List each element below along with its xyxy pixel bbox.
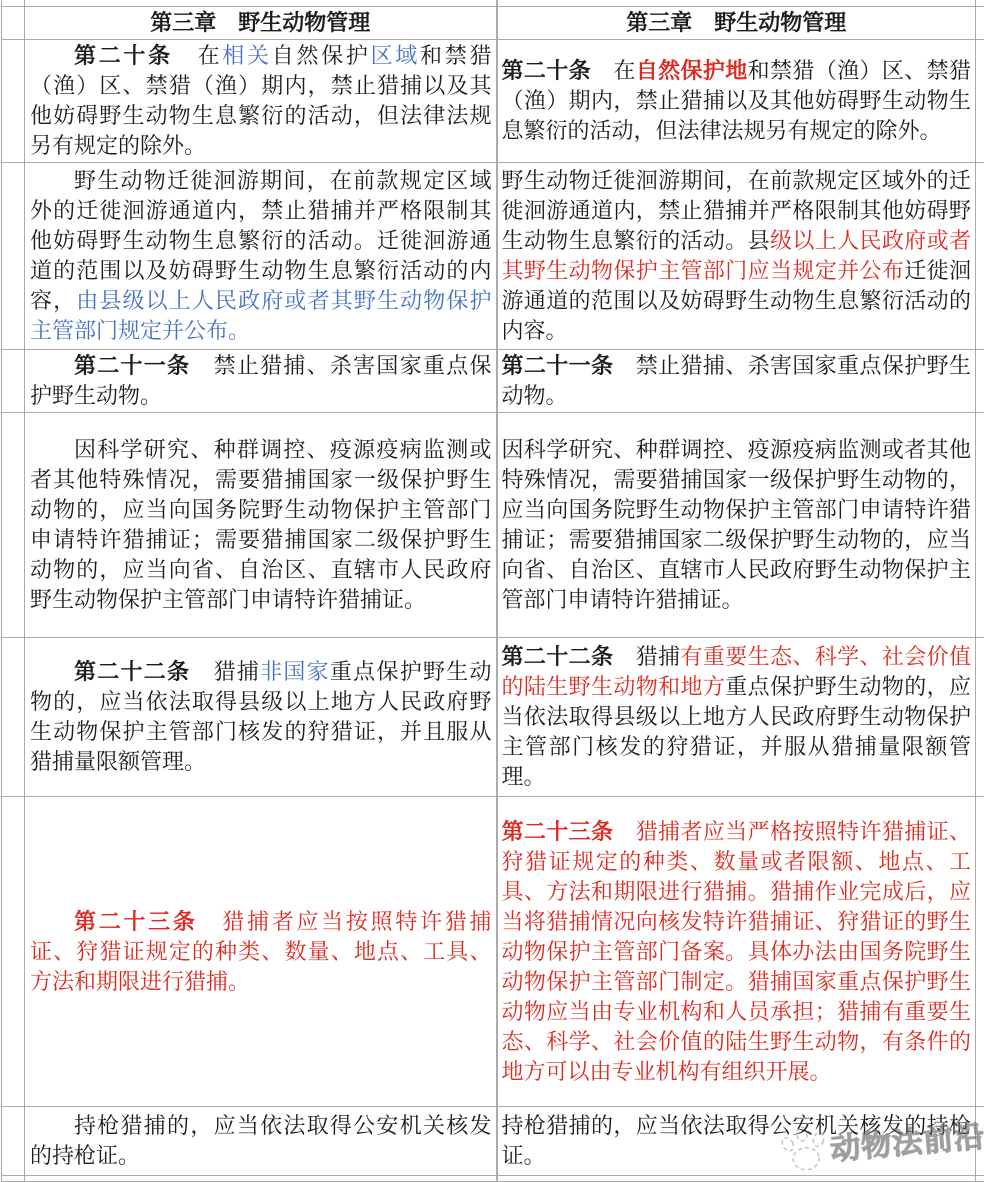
text-run: 因科学研究、种群调控、疫源疫病监测或者其他特殊情况，需要猎捕国家一级保护野生动物…	[502, 437, 972, 612]
old-text-cell	[25, 1176, 497, 1182]
old-text-cell: 第二十三条 猎捕者应当按照特许猎捕证、狩猎证规定的种类、数量、地点、工具、方法和…	[25, 797, 497, 1107]
text-run: 第二十一条	[74, 353, 190, 378]
text-run: 第二十三条	[502, 819, 614, 844]
table-row: 第二十条 在相关自然保护区域和禁猎（渔）区、禁猎（渔）期内，禁止猎捕以及其他妨碍…	[2, 40, 984, 163]
table-row: 持枪猎捕的，应当依法取得公安机关核发的持枪证。持枪猎捕的，应当依法取得公安机关核…	[2, 1107, 984, 1176]
new-text-cell: 因科学研究、种群调控、疫源疫病监测或者其他特殊情况，需要猎捕国家一级保护野生动物…	[497, 413, 976, 638]
table-row: 第二十二条 猎捕非国家重点保护野生动物的，应当依法取得县级以上地方人民政府野生动…	[2, 638, 984, 797]
text-run: 持枪猎捕的，应当依法取得公安机关核发的持枪证。	[30, 1113, 492, 1168]
table-row: 第二十三条 猎捕者应当按照特许猎捕证、狩猎证规定的种类、数量、地点、工具、方法和…	[2, 797, 984, 1107]
text-run: 自然保护地	[636, 58, 748, 83]
new-text-cell: 第二十一条 禁止猎捕、杀害国家重点保护野生动物。	[497, 350, 976, 413]
table-row: 第二十一条 禁止猎捕、杀害国家重点保护野生动物。第二十一条 禁止猎捕、杀害国家重…	[2, 350, 984, 413]
header-row: 第三章 野生动物管理 第三章 野生动物管理	[2, 7, 984, 40]
gutter-cell	[976, 40, 984, 163]
gutter-cell	[2, 7, 25, 40]
text-run: 持枪猎捕的，应当依法取得公安机关核发的持枪证。	[502, 1113, 972, 1168]
text-run: 第二十三条	[74, 909, 198, 934]
document-page: 第三章 野生动物管理 第三章 野生动物管理 第二十条 在相关自然保护区域和禁猎（…	[0, 0, 984, 1182]
text-run: 猎捕	[613, 644, 680, 669]
text-run: 第二十条	[74, 43, 173, 68]
table-row: 野生动物迁徙洄游期间，在前款规定区域外的迁徙洄游通道内，禁止猎捕并严格限制其他妨…	[2, 163, 984, 350]
text-run: 第二十二条	[502, 644, 614, 669]
comparison-table: 第三章 野生动物管理 第三章 野生动物管理 第二十条 在相关自然保护区域和禁猎（…	[1, 0, 984, 1182]
text-run: 由县级以上人民政府或者其野生动物保护主管部门规定并公布。	[30, 288, 491, 343]
text-run: 猎捕者应当严格按照特许猎捕证、狩猎证规定的种类、数量或者限额、地点、工具、方法和…	[502, 819, 972, 1084]
chapter-title-old: 第三章 野生动物管理	[25, 7, 497, 40]
old-text-cell: 第二十条 在相关自然保护区域和禁猎（渔）区、禁猎（渔）期内，禁止猎捕以及其他妨碍…	[25, 40, 497, 163]
text-run: 相关	[222, 43, 271, 68]
table-row: 因科学研究、种群调控、疫源疫病监测或者其他特殊情况，需要猎捕国家一级保护野生动物…	[2, 413, 984, 638]
gutter-cell	[976, 163, 984, 350]
text-run: 在	[591, 58, 636, 83]
old-text-cell: 第二十二条 猎捕非国家重点保护野生动物的，应当依法取得县级以上地方人民政府野生动…	[25, 638, 497, 797]
text-run: 第二十二条	[74, 659, 190, 684]
text-run: 在	[173, 43, 222, 68]
new-text-cell: 第二十二条 猎捕有重要生态、科学、社会价值的陆生野生动物和地方重点保护野生动物的…	[497, 638, 976, 797]
text-run: 非国家	[260, 659, 330, 684]
text-run: 区域	[371, 43, 420, 68]
gutter-cell	[2, 1107, 25, 1176]
gutter-cell	[2, 350, 25, 413]
text-run: 自然保护	[272, 43, 371, 68]
gutter-cell	[976, 1176, 984, 1182]
gutter-cell	[976, 413, 984, 638]
old-text-cell: 因科学研究、种群调控、疫源疫病监测或者其他特殊情况，需要猎捕国家一级保护野生动物…	[25, 413, 497, 638]
new-text-cell: 第二十条 在自然保护地和禁猎（渔）区、禁猎（渔）期内，禁止猎捕以及其他妨碍野生动…	[497, 40, 976, 163]
chapter-title-new: 第三章 野生动物管理	[497, 7, 976, 40]
gutter-cell	[2, 797, 25, 1107]
new-text-cell: 持枪猎捕的，应当依法取得公安机关核发的持枪证。	[497, 1107, 976, 1176]
new-text-cell: 野生动物迁徙洄游期间，在前款规定区域外的迁徙洄游通道内，禁止猎捕并严格限制其他妨…	[497, 163, 976, 350]
gutter-cell	[2, 40, 25, 163]
table-body: 第三章 野生动物管理 第三章 野生动物管理 第二十条 在相关自然保护区域和禁猎（…	[2, 0, 984, 1182]
text-run: 第二十一条	[502, 353, 614, 378]
new-text-cell: 第二十三条 猎捕者应当严格按照特许猎捕证、狩猎证规定的种类、数量或者限额、地点、…	[497, 797, 976, 1107]
old-text-cell: 野生动物迁徙洄游期间，在前款规定区域外的迁徙洄游通道内，禁止猎捕并严格限制其他妨…	[25, 163, 497, 350]
gutter-cell	[2, 163, 25, 350]
gutter-cell	[976, 797, 984, 1107]
gutter-cell	[2, 1176, 25, 1182]
table-row	[2, 1176, 984, 1182]
gutter-cell	[976, 638, 984, 797]
text-run: 猎捕	[190, 659, 260, 684]
old-text-cell: 持枪猎捕的，应当依法取得公安机关核发的持枪证。	[25, 1107, 497, 1176]
old-text-cell: 第二十一条 禁止猎捕、杀害国家重点保护野生动物。	[25, 350, 497, 413]
gutter-cell	[2, 413, 25, 638]
text-run: 因科学研究、种群调控、疫源疫病监测或者其他特殊情况，需要猎捕国家一级保护野生动物…	[30, 437, 492, 612]
gutter-cell	[976, 7, 984, 40]
text-run: 第二十条	[502, 58, 592, 83]
gutter-cell	[976, 1107, 984, 1176]
new-text-cell	[497, 1176, 976, 1182]
gutter-cell	[976, 350, 984, 413]
gutter-cell	[2, 638, 25, 797]
